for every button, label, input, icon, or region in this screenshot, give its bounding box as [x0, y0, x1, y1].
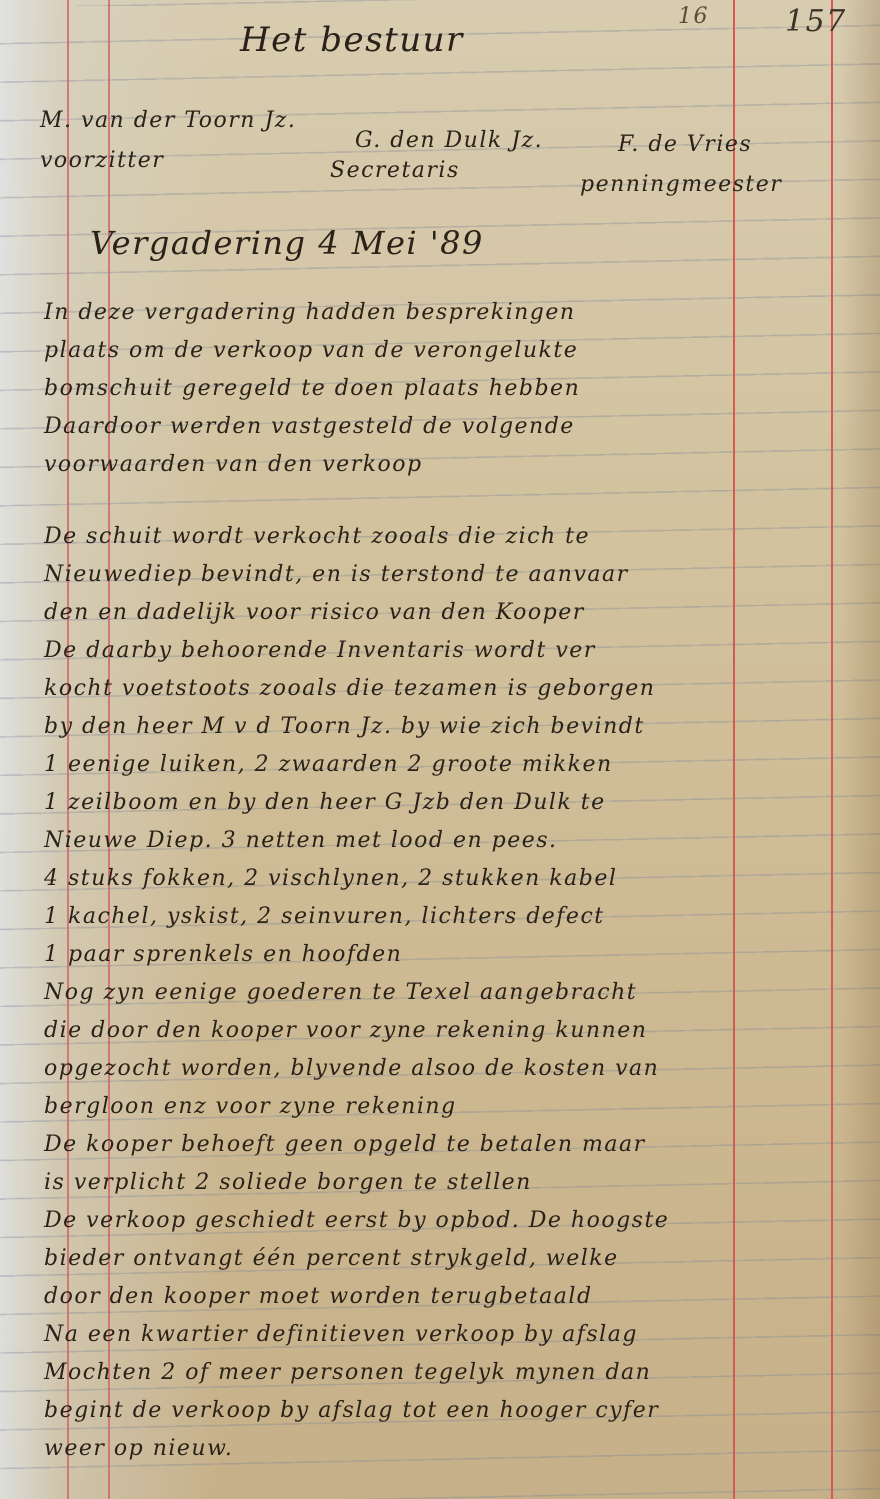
text-line: door den kooper moet worden terugbetaald: [44, 1284, 593, 1309]
signatory-name-1: M. van der Toorn Jz.: [40, 108, 296, 133]
text-line: is verplicht 2 soliede borgen te stellen: [44, 1170, 532, 1195]
text-line: 1 zeilboom en by den heer G Jzb den Dulk…: [44, 790, 606, 815]
text-line: Daardoor werden vastgesteld de volgende: [44, 414, 575, 439]
signatory-name-2: G. den Dulk Jz.: [355, 128, 543, 153]
ledger-page: 16 157 Het bestuur M. van der Toorn Jz. …: [0, 0, 880, 1499]
text-line: Nog zyn eenige goederen te Texel aangebr…: [44, 980, 637, 1005]
text-line: In deze vergadering hadden besprekingen: [44, 300, 576, 325]
text-line: plaats om de verkoop van de verongelukte: [44, 338, 578, 363]
text-line: den en dadelijk voor risico van den Koop…: [44, 600, 585, 625]
signatory-role-3: penningmeester: [580, 172, 782, 197]
page-number-ink: 157: [785, 4, 847, 39]
right-margin-line: [733, 0, 735, 1499]
right-margin-line-outer: [831, 0, 833, 1499]
signatory-name-3: F. de Vries: [618, 132, 752, 157]
signatory-role-2: Secretaris: [330, 158, 460, 183]
text-line: 1 eenige luiken, 2 zwaarden 2 groote mik…: [44, 752, 613, 777]
text-line: bieder ontvangt één percent strykgeld, w…: [44, 1246, 619, 1271]
text-line: Na een kwartier definitieven verkoop by …: [44, 1322, 638, 1347]
page-title: Het bestuur: [240, 20, 464, 60]
text-line: Mochten 2 of meer personen tegelyk mynen…: [44, 1360, 651, 1385]
text-line: by den heer M v d Toorn Jz. by wie zich …: [44, 714, 645, 739]
text-line: De daarby behoorende Inventaris wordt ve…: [44, 638, 596, 663]
text-line: bomschuit geregeld te doen plaats hebben: [44, 376, 580, 401]
page-edge-shadow: [840, 0, 880, 1499]
text-line: De verkoop geschiedt eerst by opbod. De …: [44, 1208, 669, 1233]
text-line: 4 stuks fokken, 2 vischlynen, 2 stukken …: [44, 866, 617, 891]
text-line: Nieuwediep bevindt, en is terstond te aa…: [44, 562, 629, 587]
text-line: kocht voetstoots zooals die tezamen is g…: [44, 676, 655, 701]
text-line: voorwaarden van den verkoop: [44, 452, 423, 477]
text-line: Nieuwe Diep. 3 netten met lood en pees.: [44, 828, 558, 853]
left-margin-line: [67, 0, 69, 1499]
text-line: De schuit wordt verkocht zooals die zich…: [44, 524, 590, 549]
text-line: begint de verkoop by afslag tot een hoog…: [44, 1398, 659, 1423]
text-line: bergloon enz voor zyne rekening: [44, 1094, 457, 1119]
text-line: De kooper behoeft geen opgeld te betalen…: [44, 1132, 646, 1157]
page-number-pencil: 16: [678, 4, 709, 29]
signatory-role-1: voorzitter: [40, 148, 164, 173]
text-line: 1 kachel, yskist, 2 seinvuren, lichters …: [44, 904, 605, 929]
text-line: 1 paar sprenkels en hoofden: [44, 942, 402, 967]
text-line: opgezocht worden, blyvende alsoo de kost…: [44, 1056, 659, 1081]
meeting-heading: Vergadering 4 Mei '89: [90, 224, 484, 262]
text-line: die door den kooper voor zyne rekening k…: [44, 1018, 647, 1043]
text-line: weer op nieuw.: [44, 1436, 233, 1461]
